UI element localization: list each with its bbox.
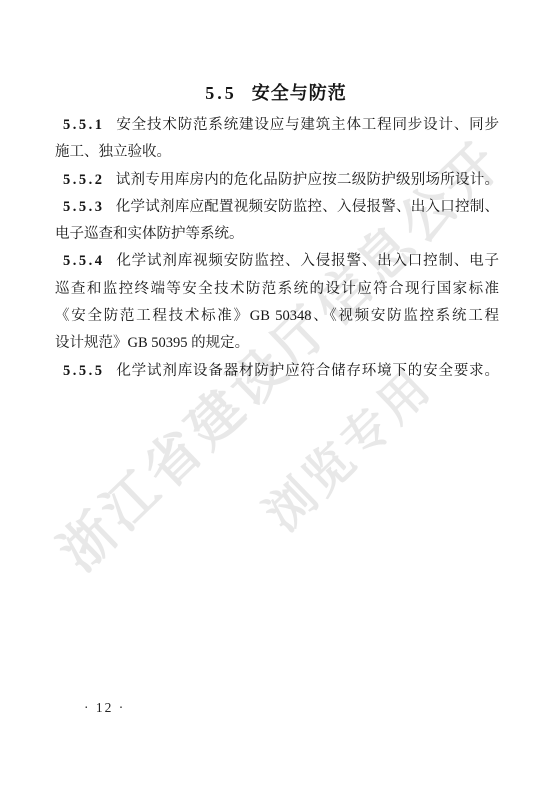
clause-text: 巡查和监控终端等安全技术防范系统的设计应符合现行国家标准 bbox=[55, 281, 499, 297]
clause-5-5-2: 5.5.2试剂专用库房内的危化品防护应按二级防护级别场所设计。 bbox=[55, 167, 499, 194]
clause-text: 化学试剂库视频安防监控、入侵报警、出入口控制、电子 bbox=[116, 253, 500, 269]
section-title-text: 安全与防范 bbox=[252, 83, 347, 103]
page-number: · 12 · bbox=[84, 700, 125, 716]
clause-number: 5.5.4 bbox=[63, 253, 105, 269]
clause-text: 化学试剂库应配置视频安防监控、入侵报警、出入口控制、 bbox=[116, 199, 500, 215]
clause-line: 5.5.2试剂专用库房内的危化品防护应按二级防护级别场所设计。 bbox=[55, 167, 499, 194]
clause-line: 电子巡查和实体防护等系统。 bbox=[55, 221, 499, 248]
clause-number: 5.5.5 bbox=[63, 363, 105, 379]
document-page: 浙江省建设厅信息公开 浏览专用 5.5安全与防范 5.5.1安全技术防范系统建设… bbox=[0, 0, 552, 800]
clause-line: 5.5.3化学试剂库应配置视频安防监控、入侵报警、出入口控制、 bbox=[55, 194, 499, 221]
clause-text: 安全技术防范系统建设应与建筑主体工程同步设计、同步 bbox=[116, 117, 500, 133]
clause-line: 《安全防范工程技术标准》GB 50348、《视频安防监控系统工程 bbox=[55, 303, 499, 330]
document-body: 5.5.1安全技术防范系统建设应与建筑主体工程同步设计、同步 施工、独立验收。 … bbox=[55, 112, 499, 385]
clause-text: 《安全防范工程技术标准》GB 50348、《视频安防监控系统工程 bbox=[55, 308, 499, 324]
clause-text: 化学试剂库设备器材防护应符合储存环境下的安全要求。 bbox=[116, 363, 500, 379]
clause-line: 巡查和监控终端等安全技术防范系统的设计应符合现行国家标准 bbox=[55, 276, 499, 303]
clause-line: 5.5.1安全技术防范系统建设应与建筑主体工程同步设计、同步 bbox=[55, 112, 499, 139]
clause-number: 5.5.3 bbox=[63, 199, 105, 215]
clause-5-5-4: 5.5.4化学试剂库视频安防监控、入侵报警、出入口控制、电子 巡查和监控终端等安… bbox=[55, 248, 499, 357]
clause-text: 电子巡查和实体防护等系统。 bbox=[55, 226, 244, 242]
clause-line: 5.5.4化学试剂库视频安防监控、入侵报警、出入口控制、电子 bbox=[55, 248, 499, 275]
clause-text: 设计规范》GB 50395 的规定。 bbox=[55, 335, 249, 351]
clause-5-5-5: 5.5.5化学试剂库设备器材防护应符合储存环境下的安全要求。 bbox=[55, 358, 499, 385]
clause-line: 施工、独立验收。 bbox=[55, 139, 499, 166]
clause-number: 5.5.1 bbox=[63, 117, 105, 133]
clause-line: 设计规范》GB 50395 的规定。 bbox=[55, 330, 499, 357]
page-content: 5.5安全与防范 5.5.1安全技术防范系统建设应与建筑主体工程同步设计、同步 … bbox=[0, 0, 552, 800]
clause-text: 施工、独立验收。 bbox=[55, 144, 171, 160]
section-number: 5.5 bbox=[205, 83, 237, 103]
clause-line: 5.5.5化学试剂库设备器材防护应符合储存环境下的安全要求。 bbox=[55, 358, 499, 385]
clause-5-5-1: 5.5.1安全技术防范系统建设应与建筑主体工程同步设计、同步 施工、独立验收。 bbox=[55, 112, 499, 167]
clause-5-5-3: 5.5.3化学试剂库应配置视频安防监控、入侵报警、出入口控制、 电子巡查和实体防… bbox=[55, 194, 499, 249]
clause-text: 试剂专用库房内的危化品防护应按二级防护级别场所设计。 bbox=[116, 172, 500, 188]
clause-number: 5.5.2 bbox=[63, 172, 105, 188]
section-title: 5.5安全与防范 bbox=[0, 79, 552, 105]
